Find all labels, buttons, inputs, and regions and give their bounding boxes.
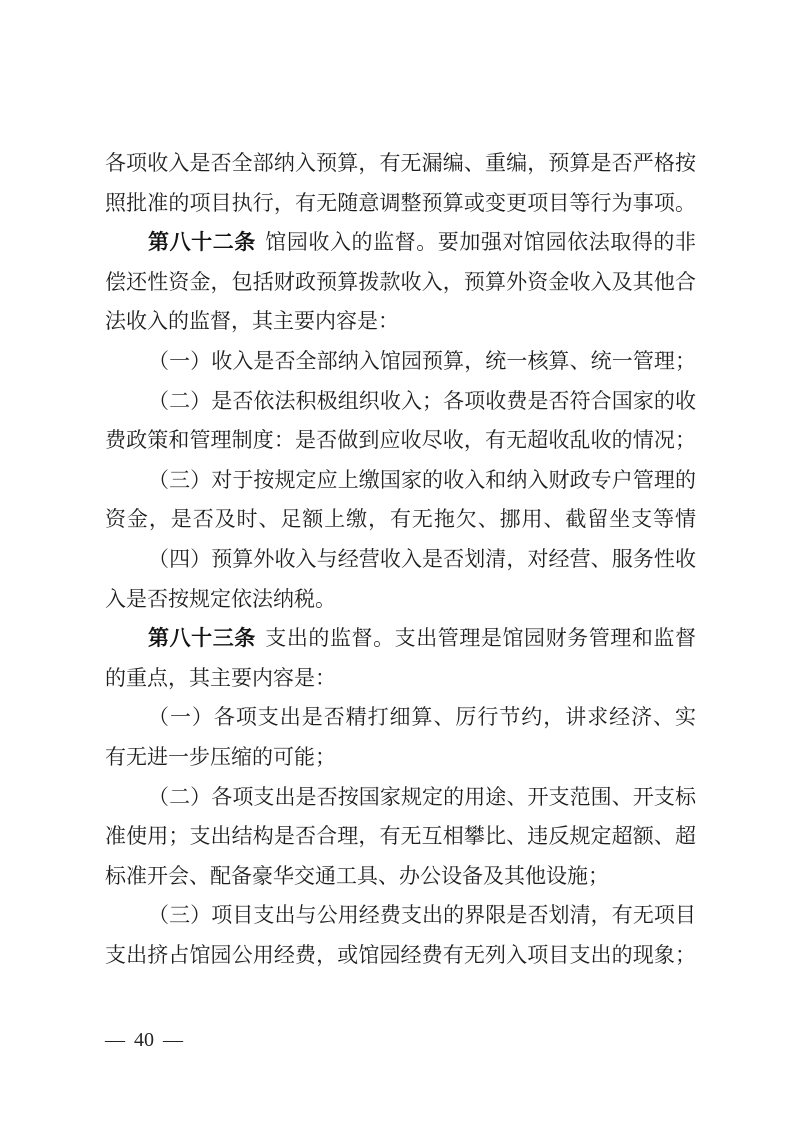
text-line: 入是否按规定依法纳税。	[105, 580, 696, 620]
list-item-line: （三）对于按规定应上缴国家的收入和纳入财政专户管理的	[105, 461, 696, 501]
text-line: 偿还性资金，包括财政预算拨款收入，预算外资金收入及其他合	[105, 263, 696, 303]
page-body-text: 各项收入是否全部纳入预算，有无漏编、重编，预算是否严格按 照批准的项目执行，有无…	[105, 144, 696, 975]
text-line: 标准开会、配备豪华交通工具、办公设备及其他设施；	[105, 857, 696, 897]
text-line: 的重点，其主要内容是：	[105, 659, 696, 699]
article-number: 第八十二条	[148, 230, 256, 254]
text-line: 法收入的监督，其主要内容是：	[105, 302, 696, 342]
list-item-line: （一）收入是否全部纳入馆园预算，统一核算、统一管理；	[105, 342, 696, 382]
list-item-line: （二）是否依法积极组织收入；各项收费是否符合国家的收	[105, 382, 696, 422]
article-heading-line: 第八十二条馆园收入的监督。要加强对馆园依法取得的非	[105, 223, 696, 263]
article-heading-line: 第八十三条支出的监督。支出管理是馆园财务管理和监督	[105, 619, 696, 659]
text-line: 资金，是否及时、足额上缴，有无拖欠、挪用、截留坐支等情况；	[105, 500, 696, 540]
text-line: 各项收入是否全部纳入预算，有无漏编、重编，预算是否严格按	[105, 144, 696, 184]
list-item-line: （二）各项支出是否按国家规定的用途、开支范围、开支标	[105, 778, 696, 818]
text-line: 准使用；支出结构是否合理，有无互相攀比、违反规定超额、超	[105, 817, 696, 857]
list-item-line: （四）预算外收入与经营收入是否划清，对经营、服务性收	[105, 540, 696, 580]
line-text: 馆园收入的监督。要加强对馆园依法取得的非	[265, 230, 696, 254]
line-text: 支出的监督。支出管理是馆园财务管理和监督	[265, 626, 696, 650]
text-line: 支出挤占馆园公用经费，或馆园经费有无列入项目支出的现象；	[105, 936, 696, 976]
text-line: 有无进一步压缩的可能；	[105, 738, 696, 778]
list-item-line: （一）各项支出是否精打细算、厉行节约，讲求经济、实效，	[105, 698, 696, 738]
article-number: 第八十三条	[148, 626, 256, 650]
document-page: 各项收入是否全部纳入预算，有无漏编、重编，预算是否严格按 照批准的项目执行，有无…	[0, 0, 793, 1122]
page-number: — 40 —	[105, 1028, 183, 1052]
list-item-line: （三）项目支出与公用经费支出的界限是否划清，有无项目	[105, 896, 696, 936]
text-line: 照批准的项目执行，有无随意调整预算或变更项目等行为事项。	[105, 184, 696, 224]
text-line: 费政策和管理制度：是否做到应收尽收，有无超收乱收的情况；	[105, 421, 696, 461]
